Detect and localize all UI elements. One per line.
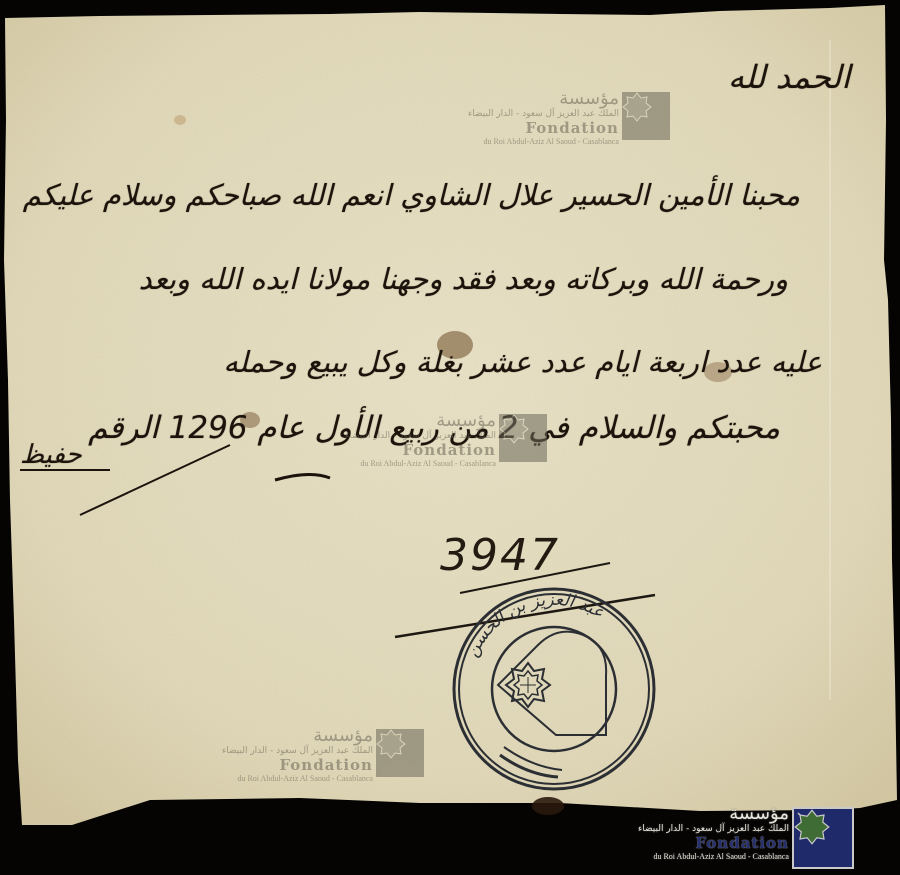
watermark-middle: مؤسسة الملك عبد العزيز آل سعود - الدار ا… [345, 412, 547, 468]
watermark-french-title: Fondation [222, 758, 373, 773]
watermark-arabic-title: مؤسسة [222, 727, 373, 745]
catalog-number: 3947 [440, 530, 560, 581]
letter-line-1: محبنا الأمين الحسير علال الشاوي انعم الل… [23, 178, 800, 212]
manuscript-page: الحمد لله محبنا الأمين الحسير علال الشاو… [0, 0, 900, 875]
star-motif-icon [506, 663, 550, 707]
letter-line-3: عليه عدد اربعة ايام عدد عشر بغلة وكل يبي… [223, 345, 822, 379]
letter-signature: حفيظ [20, 440, 82, 470]
watermark-arabic-subtitle: الملك عبد العزيز آل سعود - الدار البيضاء [345, 432, 496, 441]
watermark-corner: مؤسسة الملك عبد العزيز آل سعود - الدار ا… [638, 805, 854, 869]
seal-outer-text: عبد العزيز بن الحسن [462, 590, 607, 660]
header-invocation: الحمد لله [728, 58, 850, 96]
watermark-french-subtitle: du Roi Abdul-Aziz Al Saoud - Casablanca [638, 853, 789, 861]
watermark-arabic-title: مؤسسة [345, 412, 496, 430]
svg-text:عبد العزيز بن الحسن: عبد العزيز بن الحسن [462, 590, 607, 660]
watermark-lower: مؤسسة الملك عبد العزيز آل سعود - الدار ا… [222, 727, 424, 783]
watermark-top: مؤسسة الملك عبد العزيز آل سعود - الدار ا… [468, 90, 670, 146]
fondation-logo-icon [792, 807, 854, 869]
fondation-logo-icon [499, 414, 547, 462]
watermark-french-title: Fondation [468, 121, 619, 136]
watermark-french-subtitle: du Roi Abdul-Aziz Al Saoud - Casablanca [345, 460, 496, 468]
watermark-arabic-title: مؤسسة [638, 805, 789, 823]
watermark-french-subtitle: du Roi Abdul-Aziz Al Saoud - Casablanca [222, 775, 373, 783]
fondation-logo-icon [622, 92, 670, 140]
watermark-french-title: Fondation [345, 443, 496, 458]
watermark-french-title: Fondation [638, 836, 789, 851]
letter-line-2: ورحمة الله وبركاته وبعد فقد وجهنا مولانا… [139, 262, 788, 296]
watermark-arabic-subtitle: الملك عبد العزيز آل سعود - الدار البيضاء [468, 110, 619, 119]
watermark-french-subtitle: du Roi Abdul-Aziz Al Saoud - Casablanca [468, 138, 619, 146]
watermark-arabic-subtitle: الملك عبد العزيز آل سعود - الدار البيضاء [222, 747, 373, 756]
seal-stamp: عبد العزيز بن الحسن [448, 585, 660, 795]
watermark-arabic-title: مؤسسة [468, 90, 619, 108]
watermark-arabic-subtitle: الملك عبد العزيز آل سعود - الدار البيضاء [638, 825, 789, 834]
fondation-logo-icon [376, 729, 424, 777]
